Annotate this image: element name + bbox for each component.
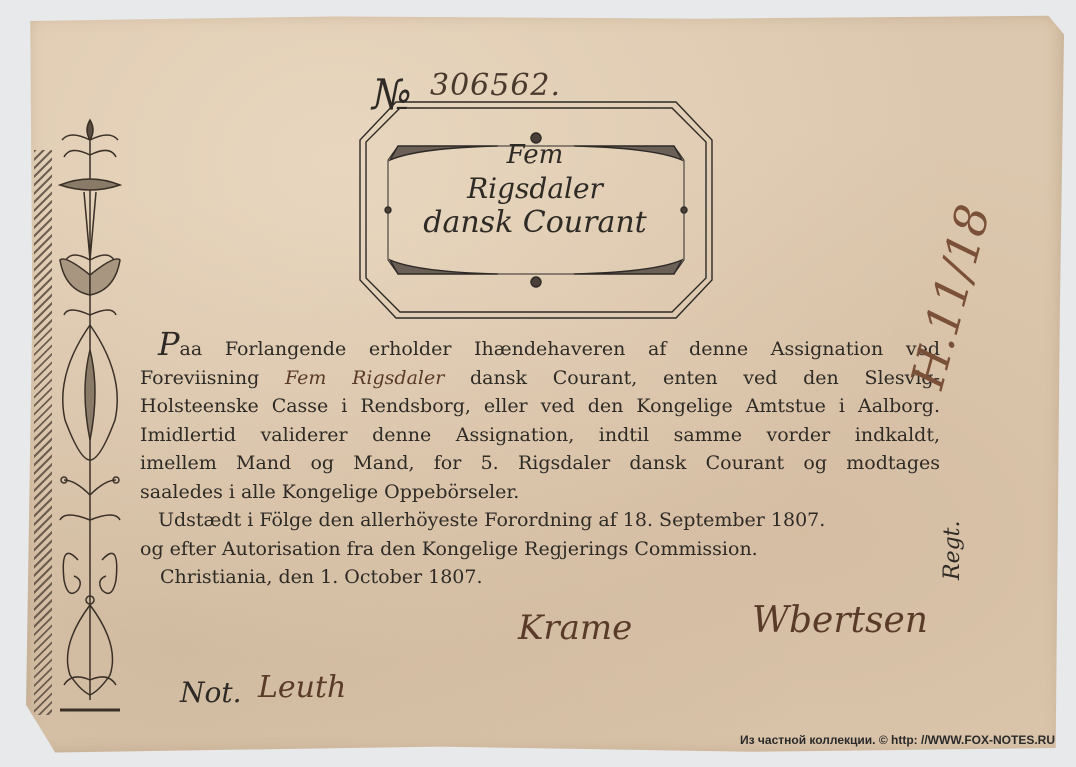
regt-label: Regt. (940, 520, 965, 580)
body-line-7: Udstædt i Fölge den allerhöyeste Forordn… (140, 506, 940, 535)
handwritten-amount: Fem Rigsdaler (285, 367, 444, 389)
denomination-line-1: Fem (390, 138, 680, 172)
body-line-5: imellem Mand og Mand, for 5. Rigsdaler d… (140, 449, 940, 478)
body-line-6: saaledes i alle Kongelige Oppebörseler. (140, 478, 940, 507)
collection-credit: Из частной коллекции. © http: //WWW.FOX-… (740, 733, 1055, 747)
dropcap: P (158, 325, 180, 363)
serial-number: 306562. (430, 68, 561, 103)
issue-date-line: Christiania, den 1. October 1807. (140, 563, 940, 592)
denomination-line-3: dansk Courant (390, 206, 680, 240)
body-line-3: Holsteenske Casse i Rendsborg, eller ved… (140, 392, 940, 421)
not-label: Not. (180, 676, 242, 709)
note-body-text: Paa Forlangende erholder Ihændehaveren a… (140, 330, 940, 592)
body-line-8: og efter Autorisation fra den Kongelige … (140, 535, 940, 564)
body-line-2: Foreviisning Fem Rigsdaler dansk Courant… (140, 364, 940, 393)
body-line-1: Paa Forlangende erholder Ihændehaveren a… (140, 330, 940, 364)
floral-ornament-column (50, 100, 130, 715)
notary-signature: Leuth (258, 670, 346, 705)
denomination-text: Fem Rigsdaler dansk Courant (390, 138, 680, 240)
signature-2: Wbertsen (752, 600, 928, 641)
denomination-line-2: Rigsdaler (390, 172, 680, 206)
body-line-4: Imidlertid validerer denne Assignation, … (140, 421, 940, 450)
signature-1: Krame (518, 608, 632, 648)
